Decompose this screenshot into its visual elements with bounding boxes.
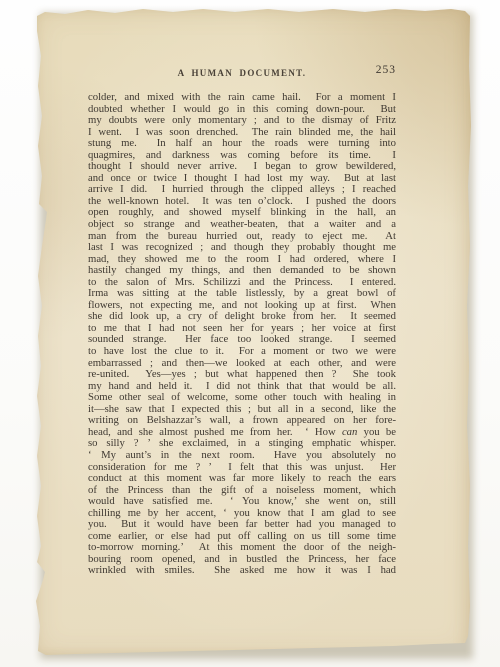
text-line: it—she saw that I expected this ; but al… bbox=[88, 404, 396, 416]
text-line: head, and she almost pushed me from her.… bbox=[88, 427, 396, 439]
text-line: thought I should never arrive. I began t… bbox=[88, 161, 396, 173]
text-line: writing on Belshazzar’s wall, a frown ap… bbox=[88, 415, 396, 427]
text-line: chilling me by her accent, ‘ you know th… bbox=[88, 508, 396, 520]
text-line: stung me. In half an hour the roads were… bbox=[88, 138, 396, 150]
book-page: A HUMAN DOCUMENT. 253 colder, and mixed … bbox=[33, 6, 473, 658]
text-line: flowers, not expecting me, and not looki… bbox=[88, 300, 396, 312]
text-line: embarrassed ; and then—we looked at each… bbox=[88, 358, 396, 370]
text-line: come earlier, or else had put off callin… bbox=[88, 531, 396, 543]
text-line: colder, and mixed with the rain came hai… bbox=[88, 92, 396, 104]
text-line: she did look up, a cry of delight broke … bbox=[88, 311, 396, 323]
text-line: conduct at this moment was far more like… bbox=[88, 473, 396, 485]
page-number: 253 bbox=[376, 64, 396, 76]
text-line: to the salon of Mrs. Schilizzi and the P… bbox=[88, 277, 396, 289]
text-line: object so strange and weather-beaten, th… bbox=[88, 219, 396, 231]
text-line: arrive I did. I hurried through the clip… bbox=[88, 184, 396, 196]
text-line: to-morrow morning.’ At this moment the d… bbox=[88, 542, 396, 554]
text-line: consideration for me ? ’ I felt that thi… bbox=[88, 462, 396, 474]
text-line: last I was recognized ; and though they … bbox=[88, 242, 396, 254]
text-line: Irma was sitting at the table listlessly… bbox=[88, 288, 396, 300]
text-line: would have satisfied me. ‘ You know,’ sh… bbox=[88, 496, 396, 508]
text-line: bouring room opened, and in bustled the … bbox=[88, 554, 396, 566]
scan-background: A HUMAN DOCUMENT. 253 colder, and mixed … bbox=[0, 0, 500, 667]
text-line: so silly ? ’ she exclaimed, in a stingin… bbox=[88, 438, 396, 450]
text-line: to me that I had not seen her for years … bbox=[88, 323, 396, 335]
text-line: my doubts were only momentary ; and to t… bbox=[88, 115, 396, 127]
text-line: my hand and held it. I did not think tha… bbox=[88, 381, 396, 393]
text-line: of the Princess than the gift of a noise… bbox=[88, 485, 396, 497]
text-line: the well-known hotel. It was ten o’clock… bbox=[88, 196, 396, 208]
text-line: doubted whether I would go in this comin… bbox=[88, 104, 396, 116]
text-line: hastily changed my things, and then dema… bbox=[88, 265, 396, 277]
text-line: open roughly, and showed myself blinking… bbox=[88, 207, 396, 219]
text-line: Some other seal of welcome, some other t… bbox=[88, 392, 396, 404]
text-line: mad, they showed me to the room I had or… bbox=[88, 254, 396, 266]
text-line: quagmires, and darkness was coming befor… bbox=[88, 150, 396, 162]
text-line: man from the bureau hurried out, ready t… bbox=[88, 231, 396, 243]
text-line: ‘ My aunt’s in the next room. Have you a… bbox=[88, 450, 396, 462]
text-line: to have lost the clue to it. For a momen… bbox=[88, 346, 396, 358]
text-line: you. But it would have been far better h… bbox=[88, 519, 396, 531]
text-line: and once or twice I thought I had lost m… bbox=[88, 173, 396, 185]
body-text: colder, and mixed with the rain came hai… bbox=[88, 92, 396, 577]
text-line: re-united. Yes—yes ; but what happened t… bbox=[88, 369, 396, 381]
running-title: A HUMAN DOCUMENT. bbox=[88, 68, 396, 78]
text-line: wrinkled with smiles. She asked me how i… bbox=[88, 565, 396, 577]
running-header: A HUMAN DOCUMENT. 253 bbox=[88, 66, 396, 80]
text-line: sounded strange. Her face too looked str… bbox=[88, 334, 396, 346]
text-line: I went. I was soon drenched. The rain bl… bbox=[88, 127, 396, 139]
